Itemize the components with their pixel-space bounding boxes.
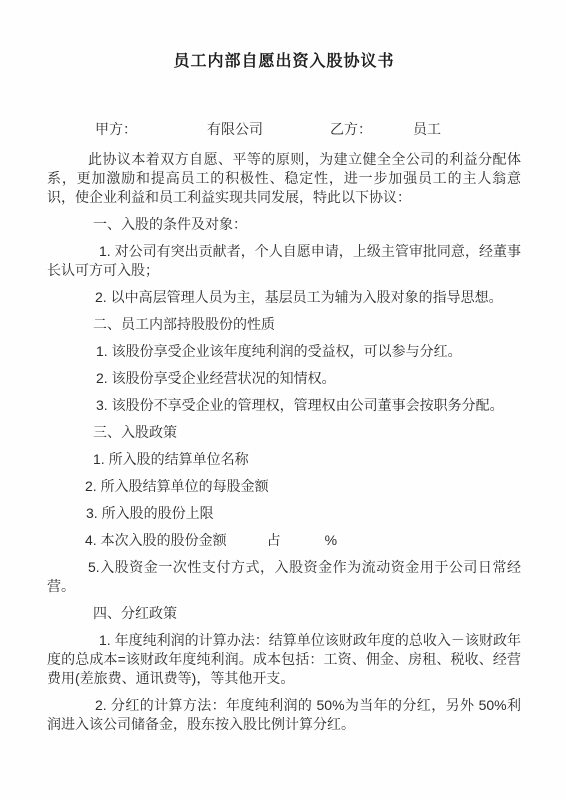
section-4-item-1: 1. 年度纯利润的计算办法：结算单位该财政年度的总收入－该财政年度的总成本=该财… <box>47 631 521 688</box>
occupy-label: 占 <box>267 532 281 548</box>
party-b-blank-field <box>372 133 413 134</box>
party-a-label: 甲方： <box>95 121 137 137</box>
document-title: 员工内部自愿出资入股协议书 <box>47 52 521 71</box>
party-b-value: 员工 <box>413 121 441 137</box>
section-2-item-2: 2. 该股份享受企业经营状况的知情权。 <box>47 369 521 388</box>
section-3-item-4: 4. 本次入股的股份金额占% <box>47 531 521 550</box>
section-4-heading: 四、分红政策 <box>47 604 521 623</box>
section-2-item-3: 3. 该股份不享受企业的管理权，管理权由公司董事会按职务分配。 <box>47 396 521 415</box>
amount-blank-field <box>227 544 267 545</box>
agreement-page: 员工内部自愿出资入股协议书 甲方：有限公司乙方：员工 此协议本着双方自愿、平等的… <box>0 0 566 800</box>
party-line: 甲方：有限公司乙方：员工 <box>47 120 521 139</box>
section-3-item-2: 2. 所入股结算单位的每股金额 <box>47 477 521 496</box>
section-1-heading: 一、入股的条件及对象： <box>47 215 521 234</box>
party-b-label: 乙方： <box>330 121 372 137</box>
share-amount-label: 4. 本次入股的股份金额 <box>85 532 227 548</box>
percent-blank-field <box>281 544 325 545</box>
section-2-heading: 二、员工内部持股股份的性质 <box>47 315 521 334</box>
party-a-value: 有限公司 <box>207 121 263 137</box>
section-1-item-2: 2. 以中高层管理人员为主，基层员工为辅为入股对象的指导思想。 <box>47 288 521 307</box>
party-mid-blank-field <box>263 133 330 134</box>
section-4-item-2: 2. 分红的计算方法：年度纯利润的 50%为当年的分红，另外 50%利润进入该公… <box>47 696 521 734</box>
section-3-item-3: 3. 所入股的股份上限 <box>47 504 521 523</box>
party-a-blank-field <box>137 133 207 134</box>
section-2-item-1: 1. 该股份享受企业该年度纯利润的受益权，可以参与分红。 <box>47 342 521 361</box>
percent-sign: % <box>325 532 337 548</box>
section-3-heading: 三、入股政策 <box>47 423 521 442</box>
preamble-paragraph: 此协议本着双方自愿、平等的原则，为建立健全全公司的利益分配体系，更加激励和提高员… <box>47 150 521 207</box>
section-3-item-5: 5.入股资金一次性支付方式，入股资金作为流动资金用于公司日常经营。 <box>47 558 521 596</box>
section-1-item-1: 1. 对公司有突出贡献者，个人自愿申请，上级主管审批同意，经董事长认可方可入股； <box>47 242 521 280</box>
section-3-item-1: 1. 所入股的结算单位名称 <box>47 450 521 469</box>
